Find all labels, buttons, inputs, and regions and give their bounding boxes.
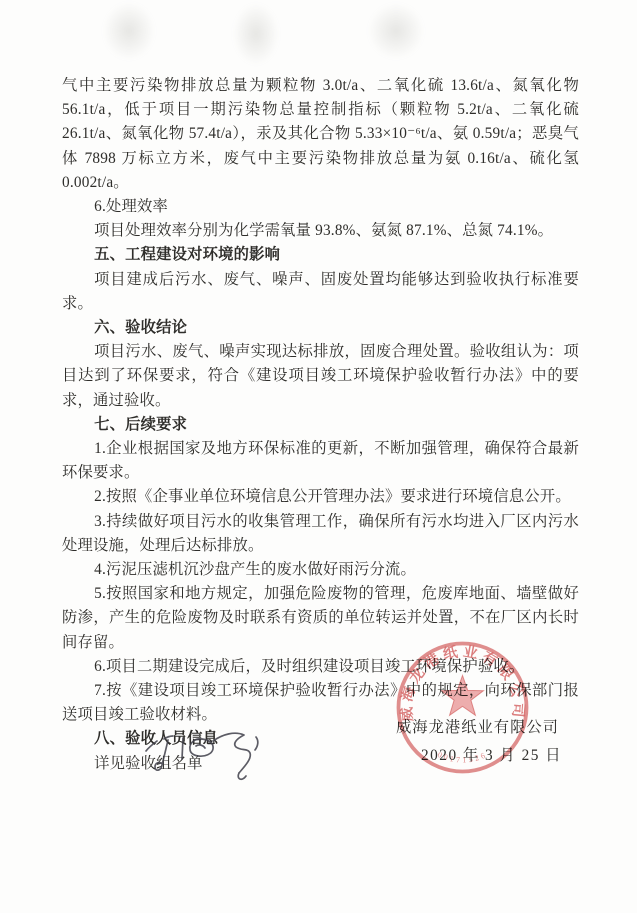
seal-serial-number: 00171526 [436, 750, 489, 765]
subheading-treatment-efficiency: 6.处理效率 [62, 195, 579, 219]
company-seal: 威海龙港纸业有限公司 00171526 [389, 634, 536, 781]
seal-star-icon [442, 676, 484, 716]
followup-item-3: 3.持续做好项目污水的收集管理工作，确保所有污水均进入厂区内污水处理设施，处理后… [62, 510, 579, 558]
paragraph-section-5: 项目建成后污水、废气、噪声、固废处置均能够达到验收执行标准要求。 [62, 268, 579, 316]
followup-item-1: 1.企业根据国家及地方环保标准的更新，不断加强管理，确保符合最新环保要求。 [62, 437, 579, 485]
followup-item-4: 4.污泥压滤机沉沙盘产生的废水做好雨污分流。 [62, 558, 579, 582]
section-heading-5: 五、工程建设对环境的影响 [62, 243, 579, 267]
section-heading-7: 七、后续要求 [62, 413, 579, 437]
scanned-document-page: 气中主要污染物排放总量为颗粒物 3.0t/a、二氧化硫 13.6t/a、氮氧化物… [0, 0, 637, 913]
followup-item-2: 2.按照《企事业单位环境信息公开管理办法》要求进行环境信息公开。 [62, 485, 579, 509]
section-heading-6: 六、验收结论 [62, 316, 579, 340]
paragraph-conclusion: 项目污水、废气、噪声实现达标排放，固废合理处置。验收组认为：项目达到了环保要求，… [62, 340, 579, 413]
scan-smudge [368, 3, 424, 59]
paragraph-emissions-totals: 气中主要污染物排放总量为颗粒物 3.0t/a、二氧化硫 13.6t/a、氮氧化物… [62, 74, 579, 195]
scan-smudge [103, 2, 155, 60]
paragraph-treatment-efficiency: 项目处理效率分别为化学需氧量 93.8%、氨氮 87.1%、总氮 74.1%。 [62, 219, 579, 243]
seal-serial-path: 00171526 [436, 750, 489, 765]
scan-smudge [233, 3, 279, 65]
handwritten-signature [128, 724, 280, 802]
